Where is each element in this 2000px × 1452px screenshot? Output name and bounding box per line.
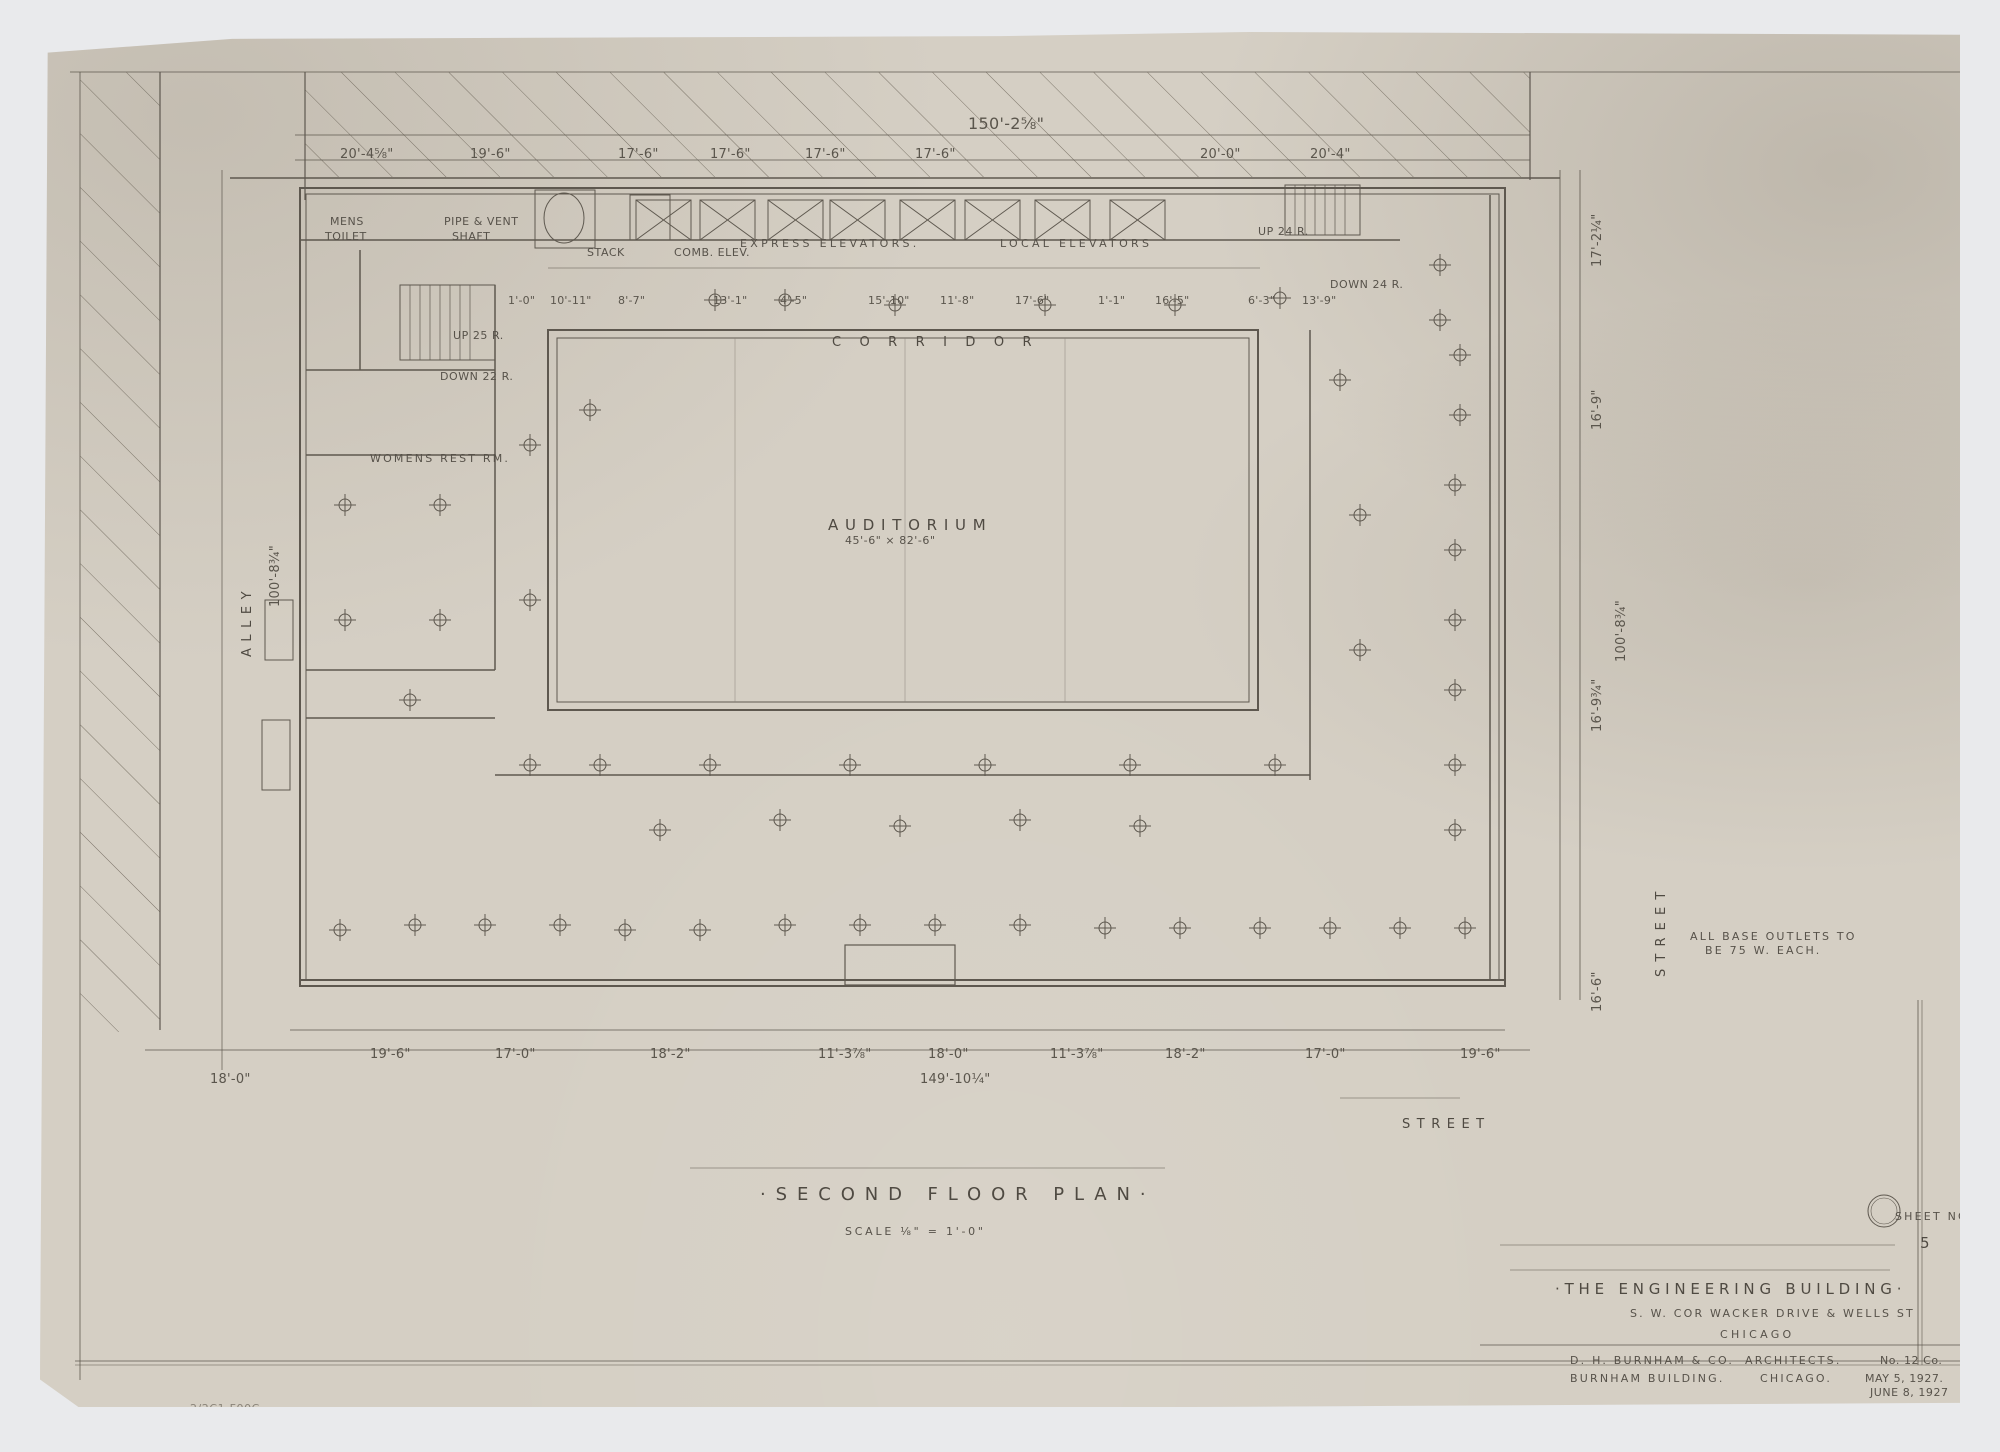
dim-corridor-7: 11'-8" [940,294,974,307]
label-corridor: C O R R I D O R [832,335,1039,350]
label-express-elevators: EXPRESS ELEVATORS. [740,237,920,250]
architect-role: ARCHITECTS. [1745,1354,1842,1367]
project-title: ·THE ENGINEERING BUILDING· [1555,1280,1906,1298]
label-alley: ALLEY [240,585,255,657]
label-womens-rest-room: WOMENS REST RM. [370,452,510,465]
dim-corridor-2: 10'-11" [550,294,592,307]
dim-top-seg-6: 17'-6" [915,147,956,162]
dim-top-seg-7: 20'-0" [1200,147,1241,162]
dim-left-overall: 100'-8¾" [268,545,283,607]
blueprint-sheet: 150'-2⅝" 20'-4⅝" 19'-6" 17'-6" 17'-6" 17… [40,32,1960,1407]
sheet-number-label: SHEET NO [1895,1210,1969,1223]
corner-note: 31 [1990,1437,2000,1450]
dim-bottom-4: 11'-3⅞" [818,1047,871,1062]
dim-top-seg-8: 20'-4" [1310,147,1351,162]
dim-right-4: 16'-6" [1590,971,1605,1012]
dim-corridor-4: 13'-1" [713,294,747,307]
label-auditorium-size: 45'-6" × 82'-6" [845,534,936,547]
label-street-right: STREET [1654,885,1669,978]
note-outlets-line1: ALL BASE OUTLETS TO [1690,930,1857,943]
label-pipe-shaft-1: PIPE & VENT [444,215,519,228]
dim-corridor-10: 16'-5" [1155,294,1189,307]
dim-right-3: 16'-9¾" [1590,679,1605,732]
architect-office-city: CHICAGO. [1760,1372,1832,1385]
label-local-elevators: LOCAL ELEVATORS [1000,237,1152,250]
label-pipe-shaft-2: SHAFT [452,230,490,243]
dim-bottom-5: 18'-0" [928,1047,969,1062]
label-down-stair-right: DOWN 24 R. [1330,278,1403,291]
dim-corridor-5: 4'-5" [780,294,807,307]
dim-right-overall: 100'-8¾" [1614,600,1629,662]
dim-top-overall: 150'-2⅝" [968,114,1044,133]
dim-bottom-8: 17'-0" [1305,1047,1346,1062]
label-up-stair-right: UP 24 R. [1258,225,1309,238]
dim-corridor-6: 15'-10" [868,294,910,307]
dim-top-seg-2: 19'-6" [470,147,511,162]
dim-bottom-alley: 18'-0" [210,1072,251,1087]
dim-corridor-3: 8'-7" [618,294,645,307]
project-location: S. W. COR WACKER DRIVE & WELLS ST [1630,1307,1915,1320]
project-city: CHICAGO [1720,1328,1795,1341]
corner-mark: 2 [1980,1339,1988,1352]
label-stack: STACK [587,246,625,259]
dim-right-1: 17'-2¼" [1590,214,1605,267]
label-up-stair-left: UP 25 R. [453,329,504,342]
sheet-number: 5 [1920,1234,1930,1252]
date-1: MAY 5, 1927. [1865,1372,1943,1385]
catalog-mark: 2/2C1-F00C [190,1402,260,1415]
dim-bottom-9: 19'-6" [1460,1047,1501,1062]
job-number: No. 12 Co. [1880,1354,1942,1367]
dim-corridor-1: 1'-0" [508,294,535,307]
date-2: JUNE 8, 1927 [1870,1386,1949,1399]
dim-top-seg-1: 20'-4⅝" [340,147,393,162]
dim-right-2: 16'-9" [1590,389,1605,430]
dim-top-seg-5: 17'-6" [805,147,846,162]
label-mens-toilet-2: TOILET [325,230,367,243]
dim-corridor-8: 17'-6" [1015,294,1049,307]
dim-bottom-6: 11'-3⅞" [1050,1047,1103,1062]
label-down-stair-left: DOWN 22 R. [440,370,513,383]
dim-top-seg-4: 17'-6" [710,147,751,162]
drawing-title: ·SECOND FLOOR PLAN· [760,1184,1156,1205]
label-auditorium: AUDITORIUM [828,516,992,534]
dim-corridor-12: 13'-9" [1302,294,1336,307]
dim-top-seg-3: 17'-6" [618,147,659,162]
architect-name: D. H. BURNHAM & CO. [1570,1354,1734,1367]
dim-bottom-1: 19'-6" [370,1047,411,1062]
dim-bottom-3: 18'-2" [650,1047,691,1062]
architect-office: BURNHAM BUILDING. [1570,1372,1725,1385]
dim-bottom-7: 18'-2" [1165,1047,1206,1062]
label-mens-toilet-1: MENS [330,215,364,228]
label-comb-elev: COMB. ELEV. [674,246,750,259]
dim-corridor-9: 1'-1" [1098,294,1125,307]
drawing-scale: SCALE ⅛" = 1'-0" [845,1225,986,1238]
label-street-bottom: STREET [1402,1117,1491,1132]
dim-corridor-11: 6'-3" [1248,294,1275,307]
dim-bottom-2: 17'-0" [495,1047,536,1062]
dim-bottom-overall: 149'-10¼" [920,1072,991,1087]
note-outlets-line2: BE 75 W. EACH. [1705,944,1821,957]
